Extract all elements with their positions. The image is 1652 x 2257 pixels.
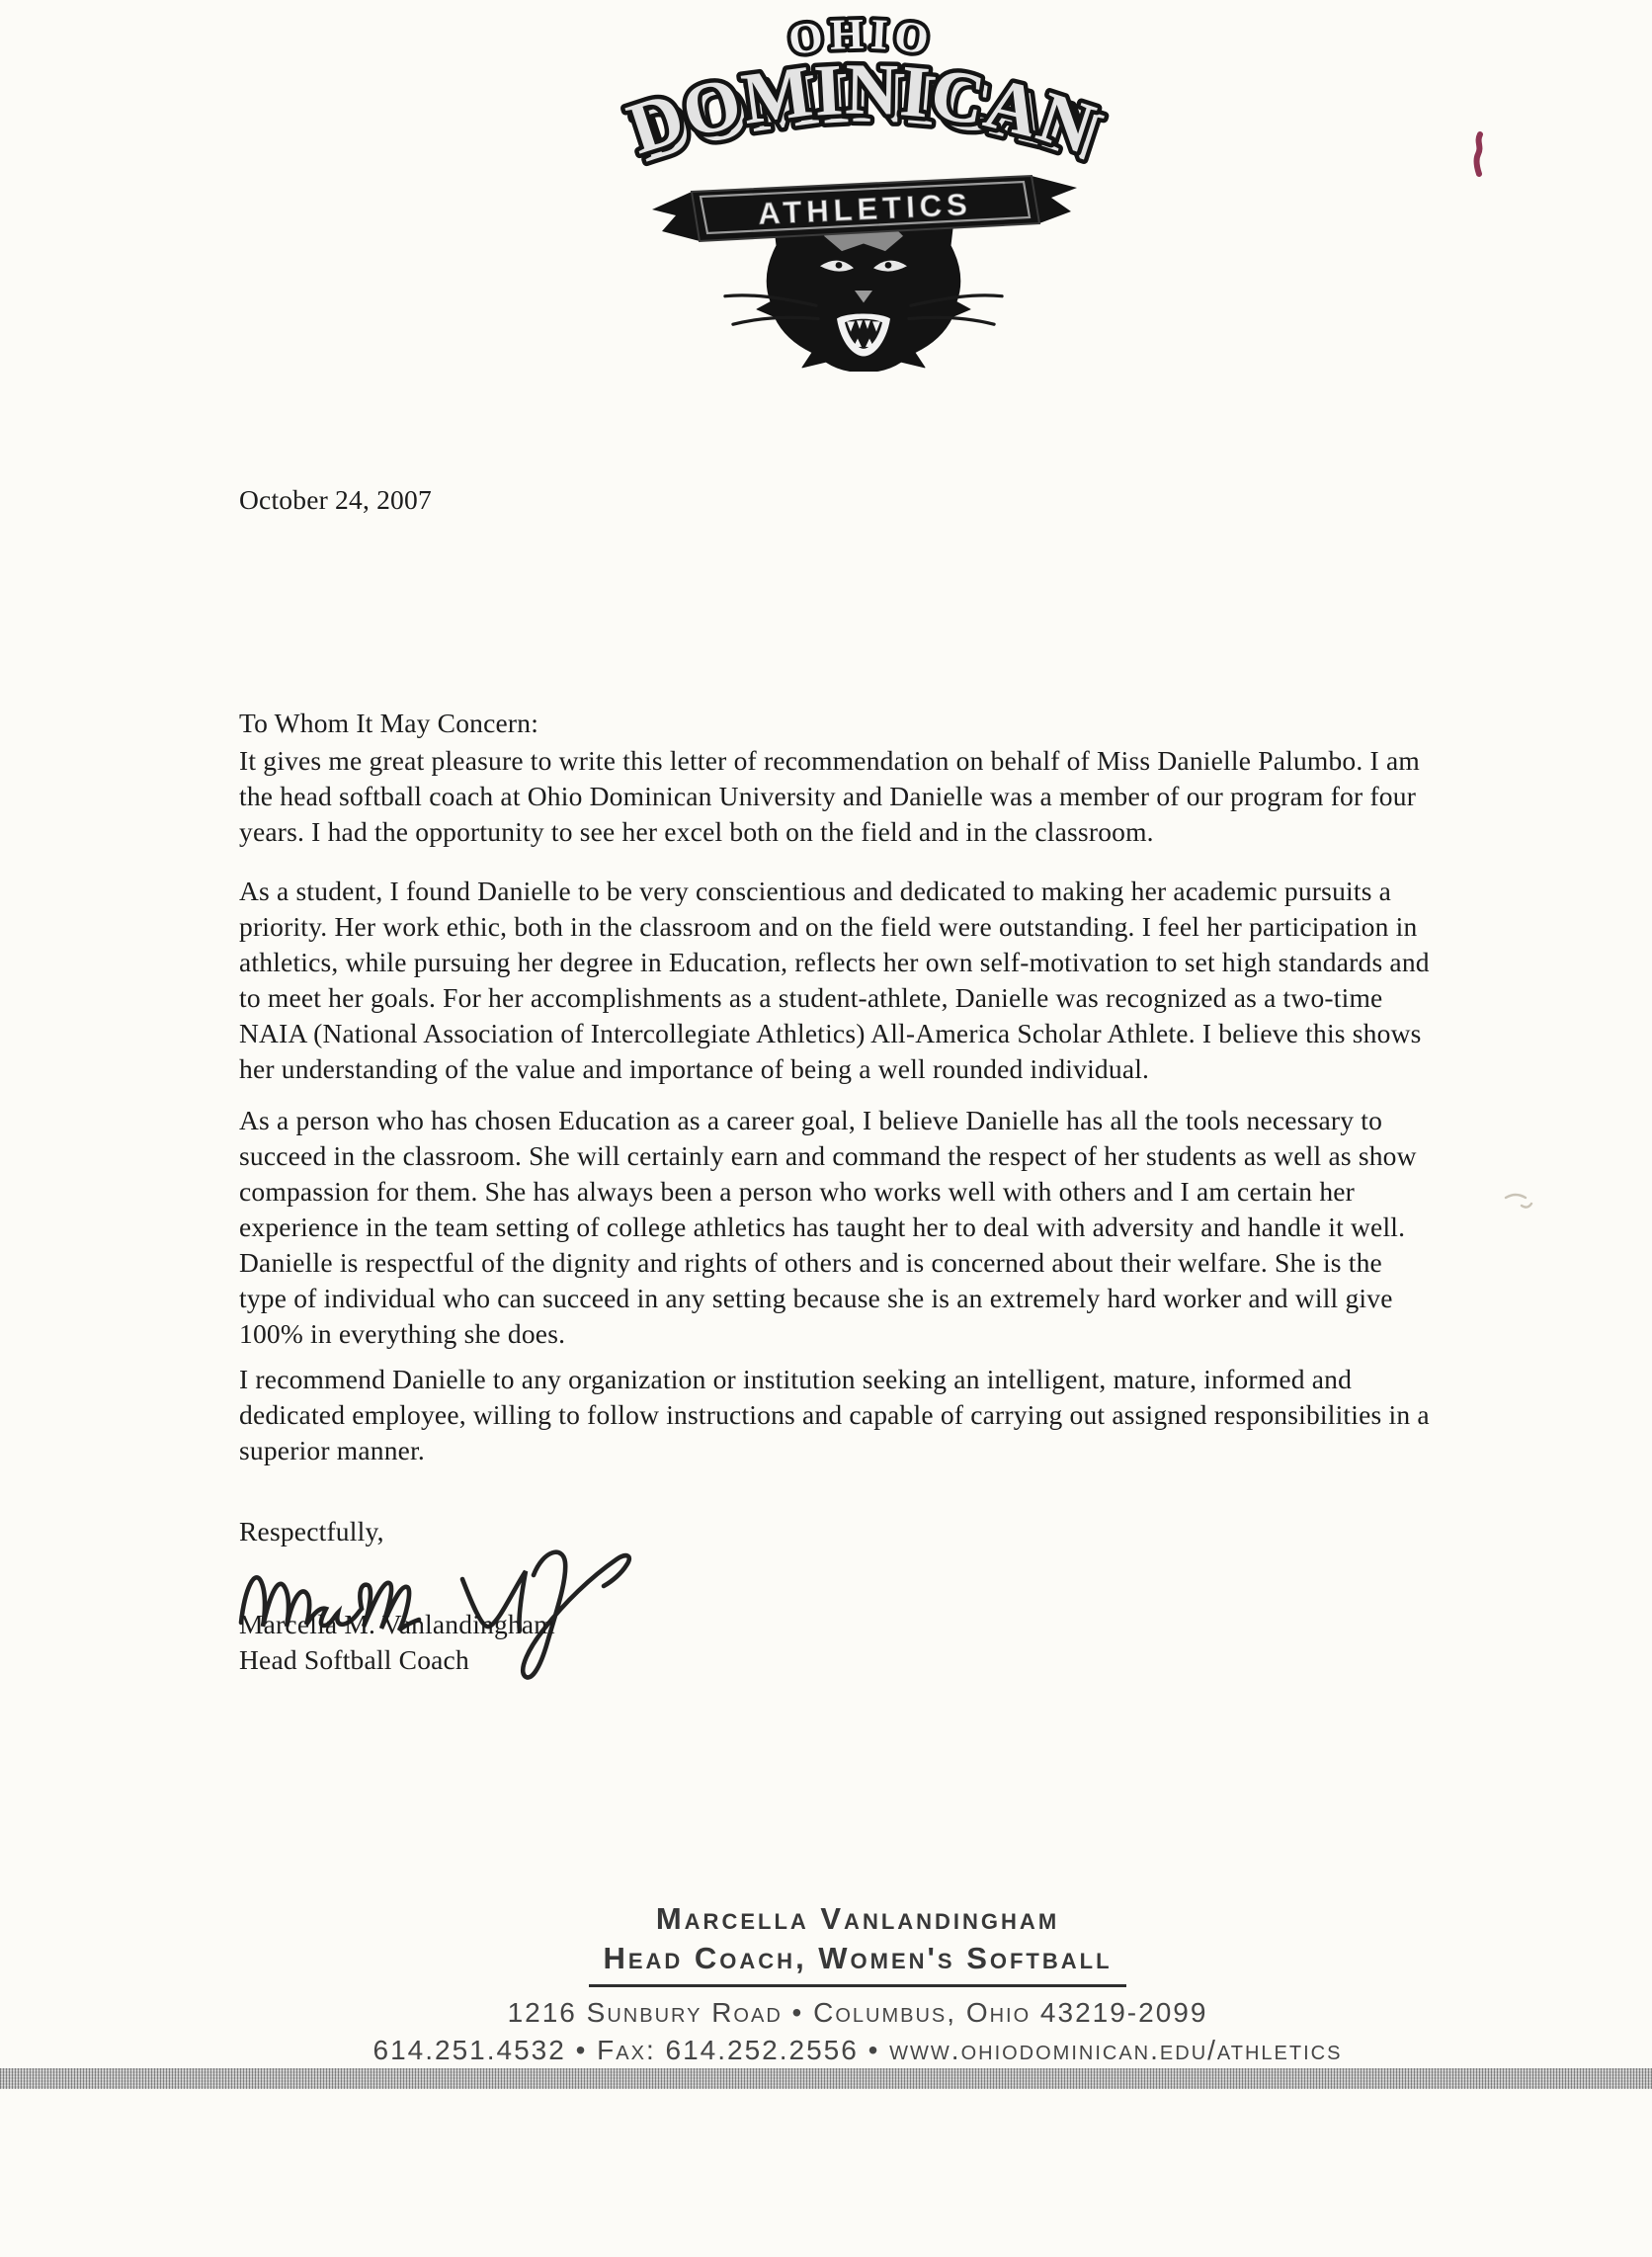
logo-dominican-text: DOMINICAN — [619, 49, 1105, 171]
paragraph-career: As a person who has chosen Education as … — [239, 1103, 1435, 1352]
scan-halftone-band — [0, 2068, 1652, 2089]
footer-contact: 614.251.4532 • Fax: 614.252.2556 • www.o… — [314, 2035, 1401, 2066]
letterhead-footer: Marcella Vanlandingham Head Coach, Women… — [314, 1901, 1401, 2066]
red-ink-mark — [1468, 130, 1490, 178]
pencil-mark — [1502, 1190, 1535, 1215]
scanned-letter-page: OHIO DOMINICAN — [0, 0, 1652, 2257]
footer-name: Marcella Vanlandingham — [314, 1901, 1401, 1937]
footer-title: Head Coach, Women's Softball — [589, 1941, 1125, 1987]
athletics-banner: ATHLETICS — [652, 176, 1077, 241]
paragraph-introduction: It gives me great pleasure to write this… — [239, 743, 1435, 850]
ohio-dominican-athletics-logo: OHIO DOMINICAN — [605, 6, 1118, 372]
signature-printed-title: Head Softball Coach — [239, 1642, 1435, 1678]
letter-salutation: To Whom It May Concern: — [239, 706, 1435, 741]
paragraph-student: As a student, I found Danielle to be ver… — [239, 874, 1435, 1087]
letter-date: October 24, 2007 — [239, 482, 1435, 518]
paragraph-recommendation: I recommend Danielle to any organization… — [239, 1362, 1435, 1468]
footer-address: 1216 Sunbury Road • Columbus, Ohio 43219… — [314, 1997, 1401, 2029]
signature-printed-name: Marcella M. Vanlandingham — [239, 1607, 1435, 1642]
